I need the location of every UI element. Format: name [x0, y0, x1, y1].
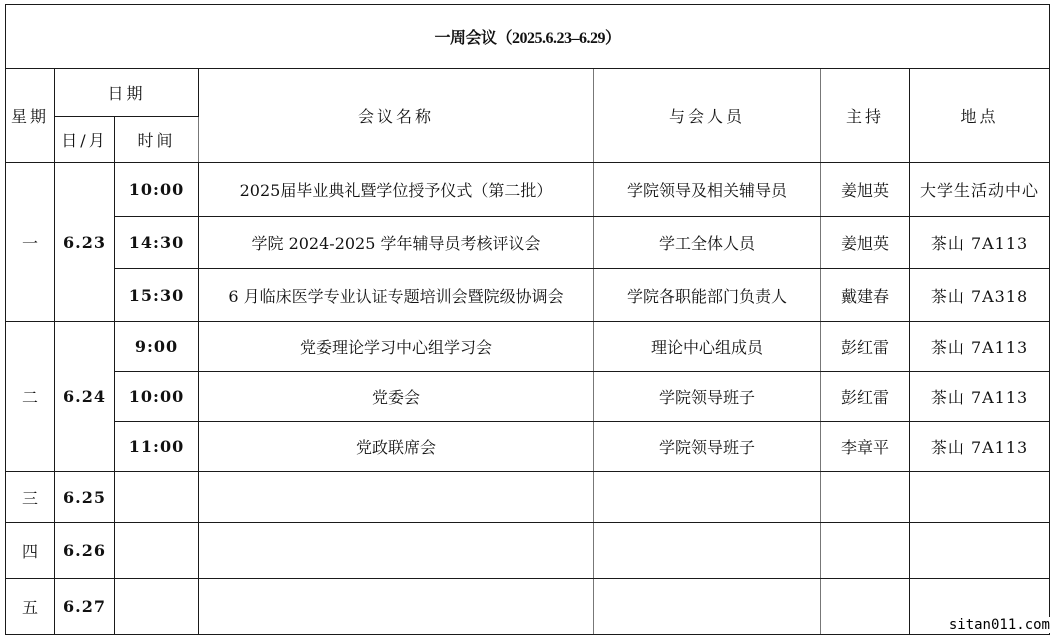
- attendees-cell: 学院各职能部门负责人: [594, 269, 821, 322]
- header-time: 时间: [115, 117, 199, 163]
- attendees-cell: 理论中心组成员: [594, 322, 821, 372]
- host-cell: [821, 579, 910, 635]
- weekly-meeting-table: 一周会议（2025.6.23–6.29） 星期 日期 会议名称 与会人员 主持 …: [5, 4, 1050, 635]
- location-cell: 茶山 7A113: [910, 217, 1050, 269]
- header-day-month: 日/月: [55, 117, 115, 163]
- host-cell: [821, 472, 910, 523]
- location-cell: 茶山 7A113: [910, 422, 1050, 472]
- attendees-cell: 学工全体人员: [594, 217, 821, 269]
- location-cell: 茶山 7A113: [910, 372, 1050, 422]
- meeting-name-cell: 党委理论学习中心组学习会: [199, 322, 594, 372]
- host-cell: [821, 523, 910, 579]
- table-row: 一 6.23 10:00 2025届毕业典礼暨学位授予仪式（第二批） 学院领导及…: [6, 163, 1050, 217]
- attendees-cell: [594, 523, 821, 579]
- date-cell: 6.27: [55, 579, 115, 635]
- header-date-group: 日期: [55, 69, 199, 117]
- header-location: 地点: [910, 69, 1050, 163]
- weekday-cell: 三: [6, 472, 55, 523]
- table-row: 10:00 党委会 学院领导班子 彭红雷 茶山 7A113: [6, 372, 1050, 422]
- table-row: 15:30 6 月临床医学专业认证专题培训会暨院级协调会 学院各职能部门负责人 …: [6, 269, 1050, 322]
- table-row: 二 6.24 9:00 党委理论学习中心组学习会 理论中心组成员 彭红雷 茶山 …: [6, 322, 1050, 372]
- host-cell: 姜旭英: [821, 163, 910, 217]
- time-cell: 10:00: [115, 372, 199, 422]
- weekday-cell: 四: [6, 523, 55, 579]
- table-row: 四 6.26: [6, 523, 1050, 579]
- time-cell: 15:30: [115, 269, 199, 322]
- host-cell: 李章平: [821, 422, 910, 472]
- time-cell: [115, 472, 199, 523]
- time-cell: 10:00: [115, 163, 199, 217]
- table-row: 三 6.25: [6, 472, 1050, 523]
- location-cell: [910, 523, 1050, 579]
- date-cell: 6.24: [55, 322, 115, 472]
- meeting-name-cell: 党政联席会: [199, 422, 594, 472]
- date-cell: 6.26: [55, 523, 115, 579]
- header-meeting-name: 会议名称: [199, 69, 594, 163]
- location-cell: 茶山 7A113: [910, 322, 1050, 372]
- attendees-cell: 学院领导班子: [594, 422, 821, 472]
- host-cell: 彭红雷: [821, 322, 910, 372]
- header-attendees: 与会人员: [594, 69, 821, 163]
- host-cell: 姜旭英: [821, 217, 910, 269]
- time-cell: 9:00: [115, 322, 199, 372]
- page-title: 一周会议（2025.6.23–6.29）: [6, 5, 1050, 69]
- weekday-cell: 二: [6, 322, 55, 472]
- table-row: 11:00 党政联席会 学院领导班子 李章平 茶山 7A113: [6, 422, 1050, 472]
- host-cell: 彭红雷: [821, 372, 910, 422]
- header-weekday: 星期: [6, 69, 55, 163]
- location-cell: 茶山 7A318: [910, 269, 1050, 322]
- table-row: 五 6.27: [6, 579, 1050, 635]
- location-cell: 大学生活动中心: [910, 163, 1050, 217]
- meeting-name-cell: 6 月临床医学专业认证专题培训会暨院级协调会: [199, 269, 594, 322]
- meeting-name-cell: 党委会: [199, 372, 594, 422]
- watermark: sitan011.com: [947, 617, 1052, 633]
- header-host: 主持: [821, 69, 910, 163]
- attendees-cell: [594, 579, 821, 635]
- attendees-cell: [594, 472, 821, 523]
- time-cell: 11:00: [115, 422, 199, 472]
- attendees-cell: 学院领导及相关辅导员: [594, 163, 821, 217]
- date-cell: 6.25: [55, 472, 115, 523]
- time-cell: [115, 523, 199, 579]
- time-cell: [115, 579, 199, 635]
- meeting-name-cell: [199, 472, 594, 523]
- weekday-cell: 五: [6, 579, 55, 635]
- host-cell: 戴建春: [821, 269, 910, 322]
- meeting-name-cell: [199, 579, 594, 635]
- time-cell: 14:30: [115, 217, 199, 269]
- table-row: 14:30 学院 2024-2025 学年辅导员考核评议会 学工全体人员 姜旭英…: [6, 217, 1050, 269]
- location-cell: [910, 472, 1050, 523]
- meeting-name-cell: 学院 2024-2025 学年辅导员考核评议会: [199, 217, 594, 269]
- attendees-cell: 学院领导班子: [594, 372, 821, 422]
- meeting-name-cell: [199, 523, 594, 579]
- date-cell: 6.23: [55, 163, 115, 322]
- meeting-name-cell: 2025届毕业典礼暨学位授予仪式（第二批）: [199, 163, 594, 217]
- weekday-cell: 一: [6, 163, 55, 322]
